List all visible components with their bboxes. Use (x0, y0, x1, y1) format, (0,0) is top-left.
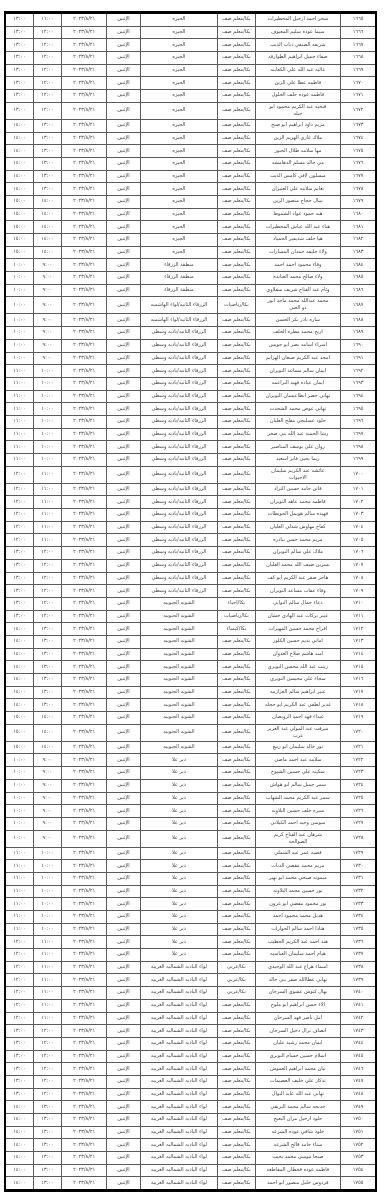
cell-time_from: ١٠:٠٠ (33, 428, 61, 441)
cell-day: الإثنين (107, 365, 140, 378)
cell-day: الإثنين (107, 847, 140, 860)
cell-date: ٢٠٢٣/٨/٢١ (61, 585, 106, 598)
cell-day: الإثنين (107, 90, 140, 103)
cell-qualification: بكا/معلم صف (218, 661, 255, 674)
cell-date: ٢٠٢٣/٨/٢١ (61, 284, 106, 297)
table-row: ١٧٢٨شرهان عبد الفتاح كريم الصوالحهبكا/مع… (5, 830, 376, 847)
cell-date: ٢٠٢٣/٨/٢١ (61, 1152, 106, 1165)
cell-region: الزرقاء الثانيه/باديه وسطى (140, 365, 218, 378)
cell-serial: ١٧٣٠ (341, 860, 376, 873)
cell-region: الشونه الجنوبيه (140, 635, 218, 648)
cell-time_to: ١٤:٠٠ (5, 1114, 33, 1127)
cell-time_to: ١١:٠٠ (5, 365, 33, 378)
cell-time_from: ١٢:٠٠ (33, 26, 61, 39)
cell-serial: ١٦٦٩ (341, 64, 376, 77)
cell-region: الجيزه (140, 157, 218, 170)
cell-day: الإثنين (107, 415, 140, 428)
cell-serial: ١٦٩٣ (341, 377, 376, 390)
cell-region: الزرقاء الثانيه/باديه وسطى (140, 547, 218, 560)
cell-date: ٢٠٢٣/٨/٢١ (61, 741, 106, 754)
cell-time_from: ١٣:٠٠ (33, 1126, 61, 1139)
cell-date: ٢٠٢٣/٨/٢١ (61, 949, 106, 962)
cell-date: ٢٠٢٣/٨/٢١ (61, 898, 106, 911)
cell-date: ٢٠٢٣/٨/٢١ (61, 572, 106, 585)
table-row: ١٧١٨غدير لطفي عبد الكريم ابو حجلهبكا/معل… (5, 699, 376, 712)
cell-date: ٢٠٢٣/٨/٢١ (61, 170, 106, 183)
cell-region: لواء الباديه الشماليه الغربيه (140, 1164, 218, 1177)
cell-serial: ١٦٨٩ (341, 327, 376, 340)
cell-time_to: ١٤:٠٠ (5, 686, 33, 699)
cell-time_to: ١٥:٠٠ (5, 221, 33, 234)
cell-qualification: بكا/معلم صف (218, 1152, 255, 1165)
cell-region: الجيزه (140, 77, 218, 90)
cell-serial: ١٦٩٥ (341, 403, 376, 416)
cell-serial: ١٦٦٥ (341, 13, 376, 27)
cell-region: الزرقاء الثانيه/باديه وسطى (140, 339, 218, 352)
cell-date: ٢٠٢٣/٨/٢١ (61, 847, 106, 860)
cell-name: دعاء جمال سالم النوابي (255, 597, 341, 610)
cell-time_from: ١٢:٠٠ (33, 559, 61, 572)
cell-serial: ١٧٤٢ (341, 1012, 376, 1025)
cell-serial: ١٧٤٧ (341, 1075, 376, 1088)
cell-serial: ١٧٥٢ (341, 1139, 376, 1152)
cell-name: غيداء فهد احمد الرويضان (255, 712, 341, 725)
cell-qualification: بكا/معلم صف (218, 792, 255, 805)
cell-date: ٢٠٢٣/٨/٢١ (61, 767, 106, 780)
cell-day: الإثنين (107, 26, 140, 39)
cell-region: الشونه الجنوبيه (140, 741, 218, 754)
cell-day: الإثنين (107, 170, 140, 183)
cell-time_from: ١٠:٠٠ (33, 441, 61, 454)
cell-time_from: ١٢:٠٠ (33, 1025, 61, 1038)
table-body: ١٦٦٥سحر احمد ارحيل المحظيراتبكا/معلم صفا… (5, 13, 376, 1191)
cell-region: الزرقاء الثانيه/لواء الهاشميه (140, 314, 218, 327)
cell-date: ٢٠٢٣/٨/٢١ (61, 1101, 106, 1114)
cell-region: دير علا (140, 885, 218, 898)
cell-region: الجيزه (140, 64, 218, 77)
cell-name: ايمان محمد رشيد عليان (255, 1037, 341, 1050)
cell-region: الشونه الجنوبيه (140, 724, 218, 741)
cell-time_to: ١١:٠٠ (5, 454, 33, 467)
cell-time_to: ١٤:٠٠ (5, 674, 33, 687)
cell-day: الإثنين (107, 712, 140, 725)
cell-time_to: ١٠:٠٠ (5, 327, 33, 340)
cell-day: الإثنين (107, 145, 140, 158)
cell-day: الإثنين (107, 496, 140, 509)
cell-time_to: ١١:٠٠ (5, 415, 33, 428)
cell-date: ٢٠٢٣/٨/٢١ (61, 1037, 106, 1050)
cell-qualification: بكا/معلم صف (218, 559, 255, 572)
cell-date: ٢٠٢٣/٨/٢١ (61, 961, 106, 974)
cell-serial: ١٧٣١ (341, 872, 376, 885)
cell-time_to: ١٣:٠٠ (5, 77, 33, 90)
table-row: ١٧٠٧نسرين ضيف الله محمد العليانبكا/معلم … (5, 559, 376, 572)
cell-serial: ١٦٧٧ (341, 170, 376, 183)
cell-qualification: بكا/معلم صف (218, 314, 255, 327)
cell-name: سيره خلف حسين البلاونه (255, 805, 341, 818)
cell-name: ايمان عياده فهيد البراعمه (255, 377, 341, 390)
cell-name: هيام احمد سليمان العباسيه (255, 949, 341, 962)
cell-date: ٢٠٢٣/٨/٢١ (61, 157, 106, 170)
cell-day: الإثنين (107, 1050, 140, 1063)
table-row: ١٧٢٣سكينه علي حسين الشيوخبكا/معلم صفدير … (5, 767, 376, 780)
cell-date: ٢٠٢٣/٨/٢١ (61, 339, 106, 352)
cell-qualification: بكا/معلم صف (218, 648, 255, 661)
cell-serial: ١٧٢٣ (341, 767, 376, 780)
cell-serial: ١٦٧٨ (341, 183, 376, 196)
cell-serial: ١٧٢٦ (341, 805, 376, 818)
cell-name: انصاف نزال دخيل السرحان (255, 1025, 341, 1038)
cell-serial: ١٧٤٠ (341, 987, 376, 1000)
cell-time_from: ١٠:٠٠ (33, 377, 61, 390)
table-row: ١٦٧١فاطمه عوده خلف الحلولبكا/معلم صفالجي… (5, 90, 376, 103)
cell-date: ٢٠٢٣/٨/٢١ (61, 132, 106, 145)
cell-time_from: ٩:٠٠ (33, 754, 61, 767)
cell-time_to: ١٢:٠٠ (5, 496, 33, 509)
cell-time_from: ١٢:٠٠ (33, 1075, 61, 1088)
table-row: ١٧٠٤كفاح مهاوش شدلي العليانبكا/معلم صفال… (5, 521, 376, 534)
cell-date: ٢٠٢٣/٨/٢١ (61, 102, 106, 119)
cell-day: الإثنين (107, 284, 140, 297)
cell-date: ٢٠٢٣/٨/٢١ (61, 221, 106, 234)
cell-day: الإثنين (107, 1037, 140, 1050)
cell-time_to: ١٠:٠٠ (5, 779, 33, 792)
table-row: ١٦٧٠فاطمه عطا علي الزينبكا/معلم صفالجيزه… (5, 77, 376, 90)
cell-time_from: ١٢:٠٠ (33, 572, 61, 585)
cell-day: الإثنين (107, 1025, 140, 1038)
cell-time_to: ١٥:٠٠ (5, 208, 33, 221)
table-row: ١٦٦٩عاليه عبد الله علي الكعابنهبكا/معلم … (5, 64, 376, 77)
cell-qualification: بكا/معلم صف (218, 157, 255, 170)
cell-name: خلود عسليجي مفلح العليان (255, 415, 341, 428)
cell-name: اسلام حسين حسام النويري (255, 1050, 341, 1063)
cell-date: ٢٠٢٣/٨/٢١ (61, 365, 106, 378)
cell-serial: ١٦٦٦ (341, 26, 376, 39)
cell-qualification: بكا/معلم صف (218, 170, 255, 183)
table-row: ١٧١١عبير بركات عبد الهادي خشانبكا/رياضيا… (5, 610, 376, 623)
cell-name: محمد عبدالله محمد ماجد انور ذو الغني (255, 297, 341, 314)
cell-name: نيبال حجاج منصور الزين (255, 195, 341, 208)
cell-time_to: ١٤:٠٠ (5, 1164, 33, 1177)
cell-name: تهاني عوض محمد الشحدت (255, 403, 341, 416)
cell-region: الزرقاء الثانيه/باديه وسطى (140, 454, 218, 467)
table-row: ١٧١٠دعاء جمال سالم النوابيبكا/احياءالشون… (5, 597, 376, 610)
table-row: ١٦٨٤وفاء محمود احمد احمدبكا/معلم صفمنطقة… (5, 259, 376, 272)
cell-time_to: ١٢:٠٠ (5, 961, 33, 974)
table-row: ١٧٢٥سمر عبد الكريم محمد الشهاببكا/معلم ص… (5, 792, 376, 805)
cell-serial: ١٧٢٥ (341, 792, 376, 805)
table-row: ١٧٥٢سناء حامد فالح الشرعهبكا/معلم صفلواء… (5, 1139, 376, 1152)
cell-serial: ١٧٤٩ (341, 1101, 376, 1114)
table-row: ١٧٠٦ملاك علي سالم النويرانبكا/معلم صفالز… (5, 547, 376, 560)
cell-serial: ١٧٤٥ (341, 1050, 376, 1063)
cell-date: ٢٠٢٣/٨/٢١ (61, 90, 106, 103)
cell-qualification: بكا/معلم صف (218, 911, 255, 924)
cell-time_to: ١١:٠٠ (5, 441, 33, 454)
cell-time_from: ١٢:٠٠ (33, 64, 61, 77)
cell-qualification: بكا/معلم صف (218, 1164, 255, 1177)
cell-time_from: ١٣:٠٠ (33, 183, 61, 196)
cell-day: الإثنين (107, 686, 140, 699)
cell-qualification: بكا/معلم صف (218, 1101, 255, 1114)
table-row: ١٧٢٦سيره خلف حسين البلاونهبكا/معلم صفدير… (5, 805, 376, 818)
cell-day: الإثنين (107, 699, 140, 712)
cell-date: ٢٠٢٣/٨/٢١ (61, 547, 106, 560)
cell-time_to: ١٣:٠٠ (5, 39, 33, 52)
cell-day: الإثنين (107, 509, 140, 522)
cell-day: الإثنين (107, 119, 140, 132)
cell-date: ٢٠٢٣/٨/٢١ (61, 13, 106, 27)
cell-time_from: ١٣:٠٠ (33, 132, 61, 145)
cell-time_to: ١٢:٠٠ (5, 936, 33, 949)
cell-time_from: ١٣:٠٠ (33, 145, 61, 158)
cell-date: ٢٠٢٣/٨/٢١ (61, 779, 106, 792)
cell-name: مريم محمد حسن بيادره (255, 534, 341, 547)
cell-day: الإثنين (107, 559, 140, 572)
cell-name: مها سلامه طلال الجبور (255, 145, 341, 158)
cell-day: الإثنين (107, 949, 140, 962)
cell-day: الإثنين (107, 674, 140, 687)
cell-region: الجيزه (140, 52, 218, 65)
cell-region: الجيزه (140, 234, 218, 247)
cell-time_from: ١٤:٠٠ (33, 195, 61, 208)
cell-date: ٢٠٢٣/٨/٢١ (61, 64, 106, 77)
cell-day: الإثنين (107, 623, 140, 636)
cell-date: ٢٠٢٣/٨/٢١ (61, 272, 106, 285)
cell-region: دير علا (140, 860, 218, 873)
cell-name: مي خالد مسلم الدهامشه (255, 157, 341, 170)
cell-time_from: ١٠:٠٠ (33, 847, 61, 860)
table-row: ١٦٩٣ايمان عياده فهيد البراعمهبكا/معلم صف… (5, 377, 376, 390)
cell-qualification: بكا/معلم صف (218, 415, 255, 428)
cell-date: ٢٠٢٣/٨/٢١ (61, 183, 106, 196)
cell-name: رشا الحميد عبد الله بني صخر (255, 428, 341, 441)
cell-region: لواء الباديه الشماليه الغربيه (140, 1101, 218, 1114)
cell-name: شرهان عبد الفتاح كريم الصوالحه (255, 830, 341, 847)
cell-date: ٢٠٢٣/٨/٢١ (61, 52, 106, 65)
cell-time_from: ١١:٠٠ (33, 509, 61, 522)
cell-serial: ١٦٨٢ (341, 234, 376, 247)
table-row: ١٦٩١امجد عبد الكريم صبغان الهزايمبكا/معل… (5, 352, 376, 365)
table-row: ١٦٨٣ولاء خليفه حمدان المساراتبكا/معلم صف… (5, 246, 376, 259)
cell-name: اسماء هزاع عبد الله الوحيدي (255, 961, 341, 974)
cell-time_from: ١٣:٠٠ (33, 686, 61, 699)
cell-qualification: بكا/معلم صف (218, 483, 255, 496)
cell-day: الإثنين (107, 428, 140, 441)
cell-time_from: ١٤:٠٠ (33, 712, 61, 725)
cell-time_to: ١٢:٠٠ (5, 509, 33, 522)
cell-time_to: ١٤:٠٠ (5, 648, 33, 661)
cell-region: لواء الباديه الشماليه الغربيه (140, 987, 218, 1000)
cell-region: دير علا (140, 923, 218, 936)
cell-time_from: ١٠:٠٠ (33, 403, 61, 416)
cell-region: الجيزه (140, 90, 218, 103)
table-row: ١٧٢٩فضيه عمر عيد الشمليبكا/معلم صفدير عل… (5, 847, 376, 860)
cell-serial: ١٦٧٩ (341, 195, 376, 208)
cell-region: الزرقاء الثانيه/باديه وسطى (140, 352, 218, 365)
cell-region: الشونه الجنوبيه (140, 686, 218, 699)
cell-name: فضيه عمر عيد الشملي (255, 847, 341, 860)
cell-region: لواء الباديه الشماليه الغربيه (140, 999, 218, 1012)
cell-qualification: بكا/معلم صف (218, 259, 255, 272)
cell-qualification: بكا/معلم صف (218, 1063, 255, 1076)
cell-time_to: ١٤:٠٠ (5, 183, 33, 196)
cell-qualification: بكا/معلم صف (218, 779, 255, 792)
cell-region: الشونه الجنوبيه (140, 610, 218, 623)
cell-time_to: ١٤:٠٠ (5, 170, 33, 183)
cell-qualification: بكا/معلم صف (218, 1075, 255, 1088)
table-row: ١٧٣٤هديل محمد محمود احمدبكا/معلم صفدير ع… (5, 911, 376, 924)
cell-day: الإثنين (107, 77, 140, 90)
cell-time_from: ١٤:٠٠ (33, 724, 61, 741)
cell-day: الإثنين (107, 13, 140, 27)
cell-serial: ١٦٧٤ (341, 132, 376, 145)
cell-day: الإثنين (107, 454, 140, 467)
cell-name: ساره نادر بكر الحسن (255, 314, 341, 327)
cell-time_from: ١٠:٠٠ (33, 898, 61, 911)
cell-qualification: بكا/معلم صف (218, 428, 255, 441)
table-row: ١٦٩٢ايمان سالم مساعد النويرانبكا/معلم صف… (5, 365, 376, 378)
table-row: ١٧٤٧تذكار علي خليف العصيماتبكا/معلم صفلو… (5, 1075, 376, 1088)
cell-serial: ١٦٧١ (341, 90, 376, 103)
cell-date: ٢٠٢٣/٨/٢١ (61, 1177, 106, 1191)
cell-date: ٢٠٢٣/٨/٢١ (61, 246, 106, 259)
cell-region: لواء الباديه الشماليه الغربيه (140, 1139, 218, 1152)
cell-day: الإثنين (107, 466, 140, 483)
cell-serial: ١٧٠٨ (341, 572, 376, 585)
cell-name: ميمونه صبحي محمد ابو نهير (255, 872, 341, 885)
cell-date: ٢٠٢٣/٨/٢١ (61, 77, 106, 90)
cell-region: الجيزه (140, 26, 218, 39)
cell-time_to: ١٣:٠٠ (5, 597, 33, 610)
cell-time_to: ١٠:٠٠ (5, 339, 33, 352)
cell-serial: ١٧٣٨ (341, 961, 376, 974)
cell-day: الإثنين (107, 885, 140, 898)
cell-time_from: ٩:٠٠ (33, 830, 61, 847)
table-row: ١٧٤١الاء حسن ابراهيم ابو ملوحبكا/معلم صف… (5, 999, 376, 1012)
cell-qualification: بكا/معلم صف (218, 365, 255, 378)
table-row: ١٧٥٤فاطمه عوده قحطان المقاطعهبكا/معلم صف… (5, 1164, 376, 1177)
table-row: ١٧٠٨هاجر صقر عبد الكريم ابو كفبكا/معلم ص… (5, 572, 376, 585)
table-row: ١٧٤٠نهال كنوش عشوي السرحانبكا/عربيلواء ا… (5, 987, 376, 1000)
cell-serial: ١٧٤١ (341, 999, 376, 1012)
cell-qualification: بكا/معلم صف (218, 64, 255, 77)
cell-time_to: ١١:٠٠ (5, 872, 33, 885)
table-row: ١٦٨٦وئام عبد الفتاح شريف سقلاويبكا/معلم … (5, 284, 376, 297)
cell-date: ٢٠٢٣/٨/٢١ (61, 195, 106, 208)
cell-time_from: ٩:٠٠ (33, 779, 61, 792)
table-row: ١٦٨٩اريج محمد مطره الخلفبكا/معلم صفالزرق… (5, 327, 376, 340)
cell-name: ايمان سالم مساعد النويران (255, 365, 341, 378)
table-row: ١٧٢٢سلامه عبد احمد ماضيبكا/معلم صفدير عل… (5, 754, 376, 767)
cell-qualification: بكا/معلم صف (218, 145, 255, 158)
cell-qualification: بكا/معلم صف (218, 817, 255, 830)
cell-time_to: ١٤:٠٠ (5, 157, 33, 170)
cell-day: الإثنين (107, 741, 140, 754)
cell-time_to: ١٤:٠٠ (5, 1177, 33, 1191)
cell-time_to: ١١:٠٠ (5, 390, 33, 403)
cell-date: ٢٠٢٣/٨/٢١ (61, 860, 106, 873)
cell-time_to: ١٣:٠٠ (5, 13, 33, 27)
cell-date: ٢٠٢٣/٨/٢١ (61, 377, 106, 390)
cell-time_from: ٩:٠٠ (33, 339, 61, 352)
cell-name: سكينه علي حسين الشيوخ (255, 767, 341, 780)
cell-time_to: ١٣:٠٠ (5, 1063, 33, 1076)
cell-region: الجيزه (140, 208, 218, 221)
cell-day: الإثنين (107, 208, 140, 221)
cell-time_to: ١١:٠٠ (5, 847, 33, 860)
table-row: ١٦٩٧رشا الحميد عبد الله بني صخربكا/معلم … (5, 428, 376, 441)
cell-name: نور محمود مفضي ابو عرون (255, 898, 341, 911)
cell-region: دير علا (140, 817, 218, 830)
table-row: ١٧٤٣انصاف نزال دخيل السرحانبكا/معلم صفلو… (5, 1025, 376, 1038)
cell-day: الإثنين (107, 754, 140, 767)
cell-time_from: ٩:٠٠ (33, 272, 61, 285)
cell-time_from: ١٠:٠٠ (33, 923, 61, 936)
cell-time_from: ١٢:٠٠ (33, 1037, 61, 1050)
cell-qualification: بكا/معلم صف (218, 13, 255, 27)
table-row: ١٧٠٢فاطمه محمد عاهد النويرانبكا/معلم صفا… (5, 496, 376, 509)
cell-day: الإثنين (107, 1164, 140, 1177)
cell-time_from: ١٣:٠٠ (33, 119, 61, 132)
cell-serial: ١٦٦٧ (341, 39, 376, 52)
cell-serial: ١٧٤٤ (341, 1037, 376, 1050)
cell-date: ٢٠٢٣/٨/٢١ (61, 724, 106, 741)
cell-day: الإثنين (107, 724, 140, 741)
table-row: ١٧٣٥هنادا احمد سالم الحواراتبكا/معلم صفد… (5, 923, 376, 936)
table-row: ١٧٢٠ميرفت عبد المولى عبد العزيز غرببكا/م… (5, 724, 376, 741)
cell-region: الزرقاء الثانيه/باديه وسطى (140, 377, 218, 390)
table-row: ١٧٣٧هيام احمد سليمان العباسيهبكا/معلم صف… (5, 949, 376, 962)
cell-day: الإثنين (107, 521, 140, 534)
cell-region: الزرقاء الثانيه/باديه وسطى (140, 521, 218, 534)
cell-region: الزرقاء الثانيه/باديه وسطى (140, 585, 218, 598)
cell-time_to: ١٠:٠٠ (5, 830, 33, 847)
cell-region: لواء الباديه الشماليه الغربيه (140, 1063, 218, 1076)
cell-time_to: ١٥:٠٠ (5, 195, 33, 208)
cell-time_from: ١٠:٠٠ (33, 454, 61, 467)
cell-qualification: بكا/رياضيات (218, 610, 255, 623)
cell-name: هنادا احمد سالم الحوارات (255, 923, 341, 936)
cell-name: ميسلون لافي كامس الذيب (255, 170, 341, 183)
cell-region: الجيزه (140, 39, 218, 52)
cell-serial: ١٧٢٤ (341, 779, 376, 792)
cell-date: ٢٠٢٣/٨/٢١ (61, 792, 106, 805)
cell-name: نعايم سلامه علي العنيزان (255, 183, 341, 196)
cell-day: الإثنين (107, 339, 140, 352)
cell-day: الإثنين (107, 259, 140, 272)
cell-time_to: ١٤:٠٠ (5, 1152, 33, 1165)
cell-time_from: ١٣:٠٠ (33, 661, 61, 674)
cell-region: لواء الباديه الشماليه الغربيه (140, 961, 218, 974)
document-page: ١٦٦٥سحر احمد ارحيل المحظيراتبكا/معلم صفا… (0, 0, 385, 1200)
table-row: ١٦٦٦سيما عوده سليم المعيوفبكا/معلم صفالج… (5, 26, 376, 39)
cell-name: سوسن وحيد احمد الكيلاني (255, 817, 341, 830)
cell-date: ٢٠٢٣/٨/٢١ (61, 403, 106, 416)
cell-name: فاطمه عوده خلف الحلول (255, 90, 341, 103)
cell-day: الإثنين (107, 234, 140, 247)
cell-date: ٢٠٢٣/٨/٢١ (61, 26, 106, 39)
cell-day: الإثنين (107, 483, 140, 496)
cell-time_to: ١٠:٠٠ (5, 272, 33, 285)
cell-time_to: ١٥:٠٠ (5, 246, 33, 259)
cell-date: ٢٠٢٣/٨/٢١ (61, 208, 106, 221)
cell-region: الزرقاء الثانيه/باديه وسطى (140, 483, 218, 496)
cell-day: الإثنين (107, 246, 140, 259)
cell-name: نسرين ضيف الله محمد العليان (255, 559, 341, 572)
cell-region: الجيزه (140, 132, 218, 145)
table-row: ١٦٨٠هبه حمود عواد الشموطبكا/معلم صفالجيز… (5, 208, 376, 221)
